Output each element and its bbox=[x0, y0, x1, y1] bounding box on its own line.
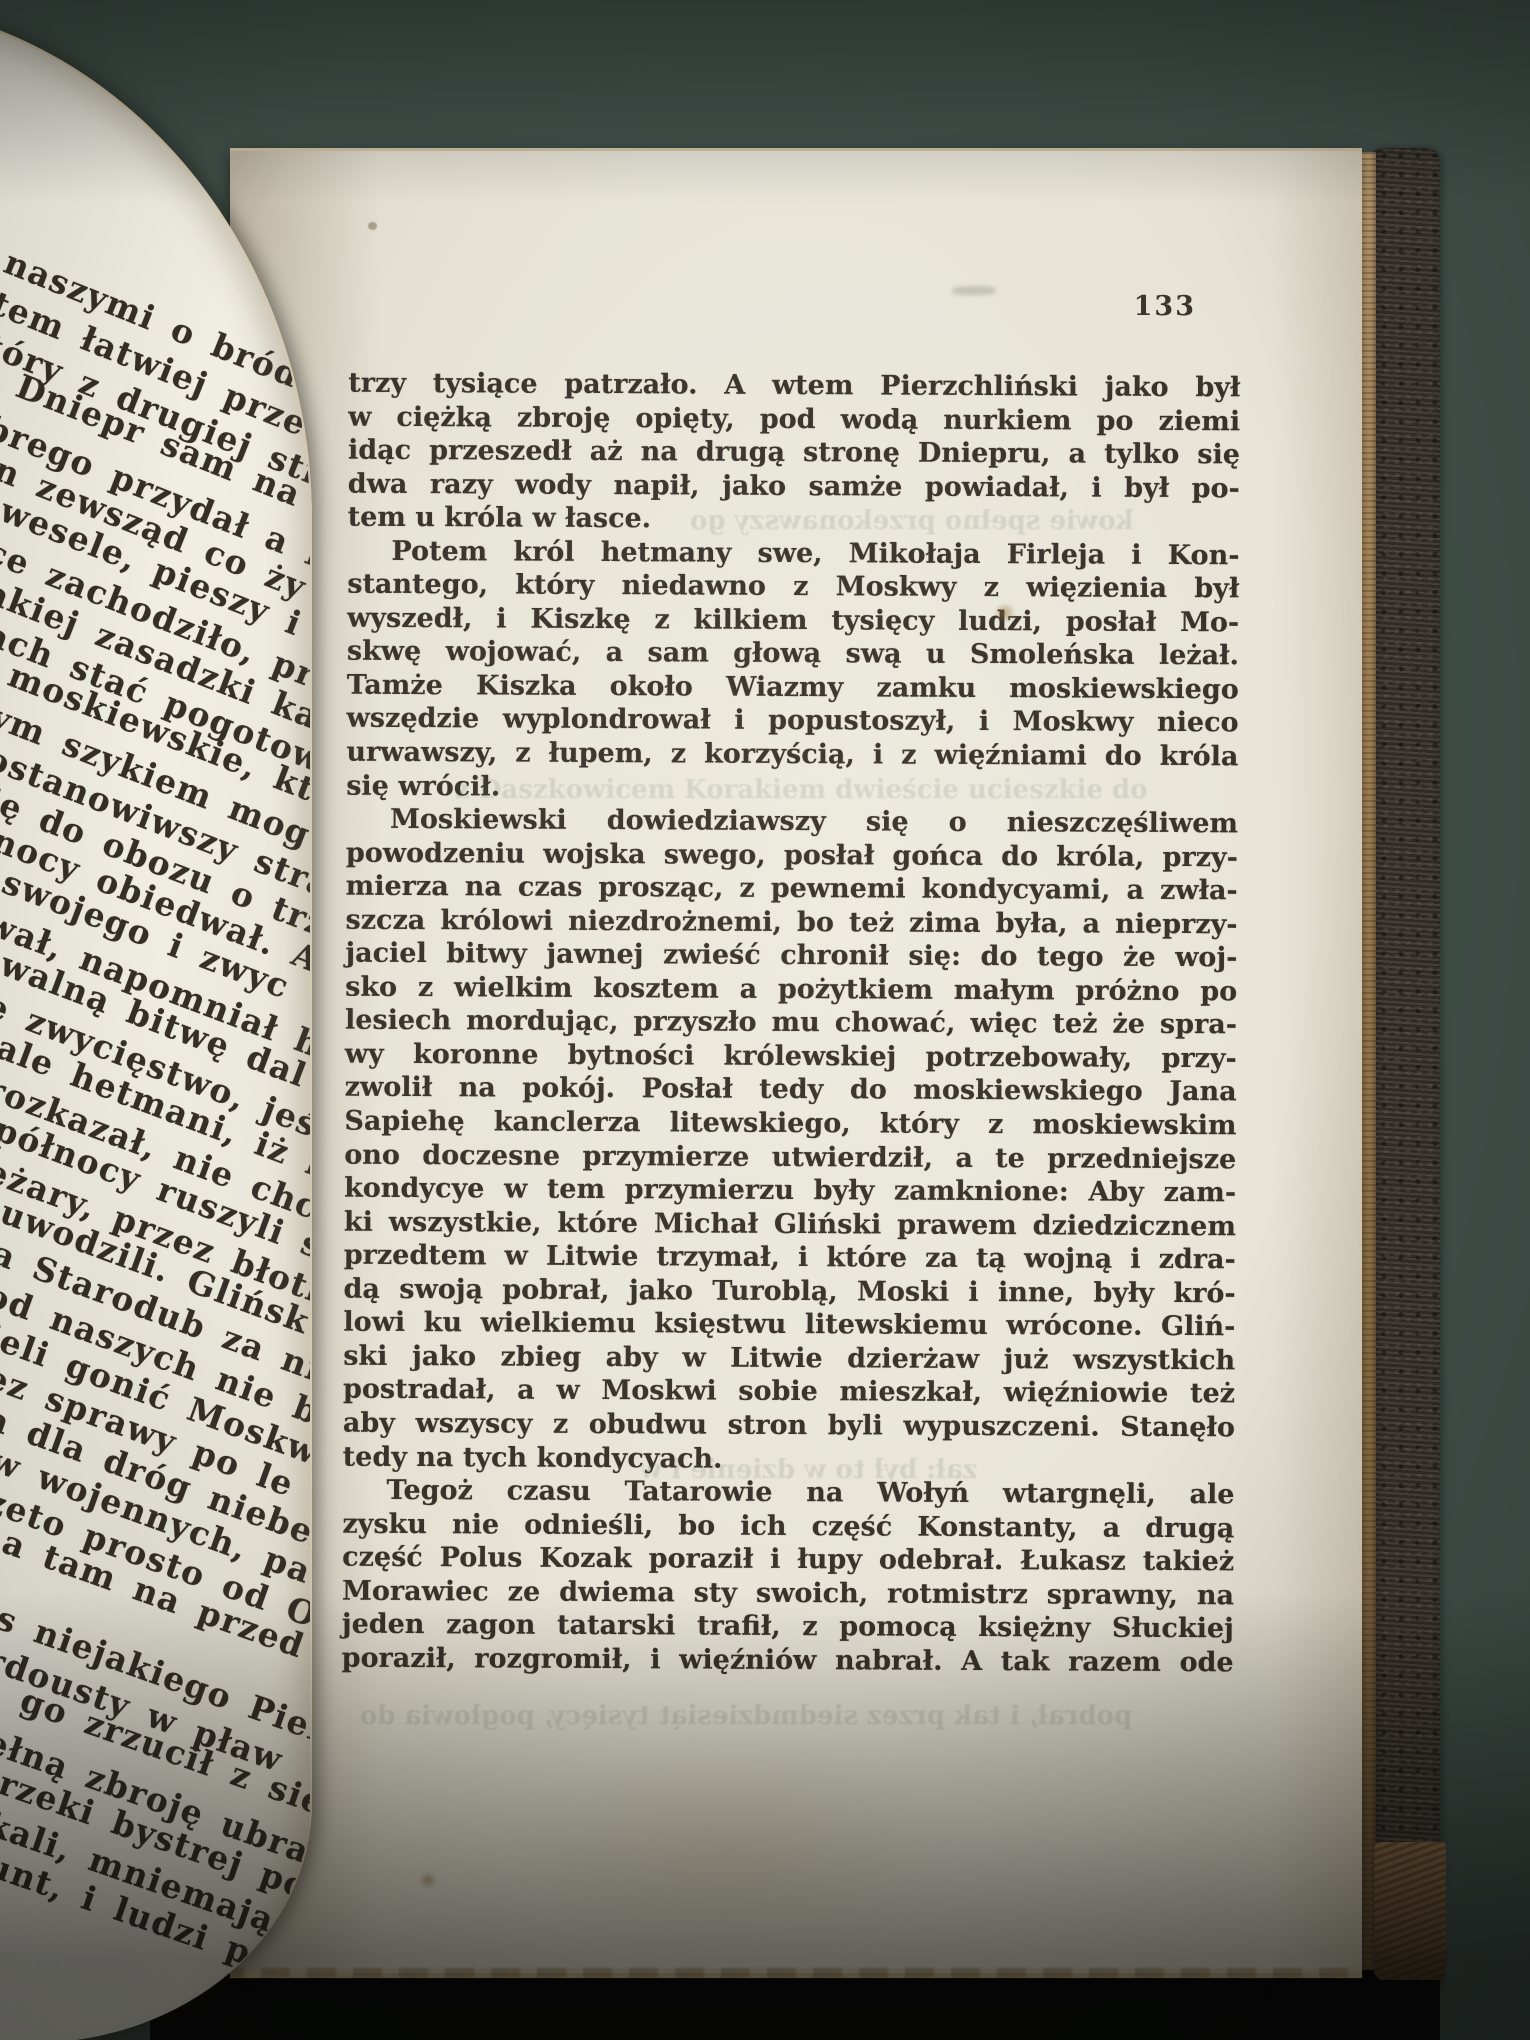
text-line: Tegoż czasu Tatarowie na Wołyń wtargnęli… bbox=[342, 1474, 1234, 1512]
left-page: naszymi o bród ugtem łatwiej przetóry z … bbox=[0, 0, 312, 2040]
text-line: zysku nie odnieśli, bo ich część Konstan… bbox=[342, 1507, 1234, 1545]
text-line: w ciężką zbroję opięty, pod wodą nurkiem… bbox=[348, 400, 1240, 438]
text-line: dą swoją pobrał, jako Turoblą, Moski i i… bbox=[344, 1272, 1236, 1310]
text-line: tem u króla w łasce. bbox=[348, 501, 1240, 539]
text-line: Sapiehę kanclerza litewskiego, który z m… bbox=[344, 1105, 1236, 1143]
right-page: 133 trzy tysiące patrzało. A wtem Pierzc… bbox=[230, 148, 1362, 1978]
bleedthrough-text: pobrał, i tak przez siedmdziesiąt tysięc… bbox=[360, 1701, 1132, 1731]
text-line: skwę wojować, a sam głową swą u Smoleńsk… bbox=[347, 635, 1239, 673]
text-line: Morawiec ze dwiema sty swoich, rotmistrz… bbox=[342, 1574, 1234, 1612]
text-line: dwa razy wody napił, jako samże powiadał… bbox=[348, 467, 1240, 505]
text-line: zwolił na pokój. Posłał tedy do moskiews… bbox=[345, 1071, 1237, 1109]
text-line: postradał, a w Moskwi sobie mieszkał, wi… bbox=[343, 1373, 1235, 1411]
text-line: stantego, który niedawno z Moskwy z więz… bbox=[347, 568, 1239, 606]
text-line: aby wszyscy z obudwu stron byli wypuszcz… bbox=[343, 1407, 1235, 1445]
page-number: 133 bbox=[1134, 291, 1196, 322]
text-line: część Polus Kozak poraził i łupy odebrał… bbox=[342, 1541, 1234, 1579]
text-line: urwawszy, z łupem, z korzyścią, i z więź… bbox=[346, 736, 1238, 774]
text-line: lesiech mordując, przyszło mu chować, wi… bbox=[345, 1004, 1237, 1042]
text-line: przedtem w Litwie trzymał, i które za tą… bbox=[344, 1239, 1236, 1277]
text-line: trzy tysiące patrzało. A wtem Pierzchliń… bbox=[348, 367, 1240, 405]
text-line: wy koronne bytności królewskiej potrzebo… bbox=[345, 1038, 1237, 1076]
text-line: powodzeniu wojska swego, posłał gońca do… bbox=[346, 836, 1238, 874]
right-page-text: trzy tysiące patrzało. A wtem Pierzchliń… bbox=[342, 367, 1241, 1680]
text-line: lowi ku wielkiemu księstwu litewskiemu w… bbox=[343, 1306, 1235, 1344]
text-line: Moskiewski dowiedziawszy się o nieszczęś… bbox=[346, 803, 1238, 841]
text-line: tedy na tych kondycyach. bbox=[343, 1440, 1235, 1478]
text-line: Tamże Kiszka około Wiazmy zamku moskiews… bbox=[347, 669, 1239, 707]
text-line: jeden zagon tatarski trafił, z pomocą ks… bbox=[342, 1608, 1234, 1646]
photograph-of-open-book: { "scene": { "description_colors": { "ba… bbox=[0, 0, 1530, 2040]
text-line: ono doczesne przymierze utwierdził, a te… bbox=[344, 1138, 1236, 1176]
text-line: się wrócił. bbox=[346, 769, 1238, 807]
margin-shadow bbox=[1272, 151, 1362, 1973]
text-line: jaciel bitwy jawnej zwieść chronił się: … bbox=[345, 937, 1237, 975]
text-line: ski jako zbieg aby w Litwie dzierżaw już… bbox=[343, 1340, 1235, 1378]
text-line: Potem król hetmany swe, Mikołaja Firleja… bbox=[347, 534, 1239, 572]
text-line: wyszedł, i Kiszkę z kilkiem tysięcy ludz… bbox=[347, 601, 1239, 639]
text-line: mierza na czas prosząc, z pewnemi kondyc… bbox=[346, 870, 1238, 908]
book-cover-corner bbox=[1374, 1842, 1446, 1980]
text-line: ki wszystkie, które Michał Gliński prawe… bbox=[344, 1205, 1236, 1243]
text-line: idąc przeszedł aż na drugą stronę Dniepr… bbox=[348, 434, 1240, 472]
text-line: poraził, rozgromił, i więźniów nabrał. A… bbox=[342, 1641, 1234, 1679]
text-line: sko z wielkim kosztem a pożytkiem małym … bbox=[345, 971, 1237, 1009]
text-line: szcza królowi niezdrożnemi, bo też zima … bbox=[345, 903, 1237, 941]
book-cover-edge bbox=[1372, 148, 1440, 1994]
text-line: kondycye w tem przymierzu były zamknione… bbox=[344, 1172, 1236, 1210]
text-line: wszędzie wyplondrował i popustoszył, i M… bbox=[346, 702, 1238, 740]
